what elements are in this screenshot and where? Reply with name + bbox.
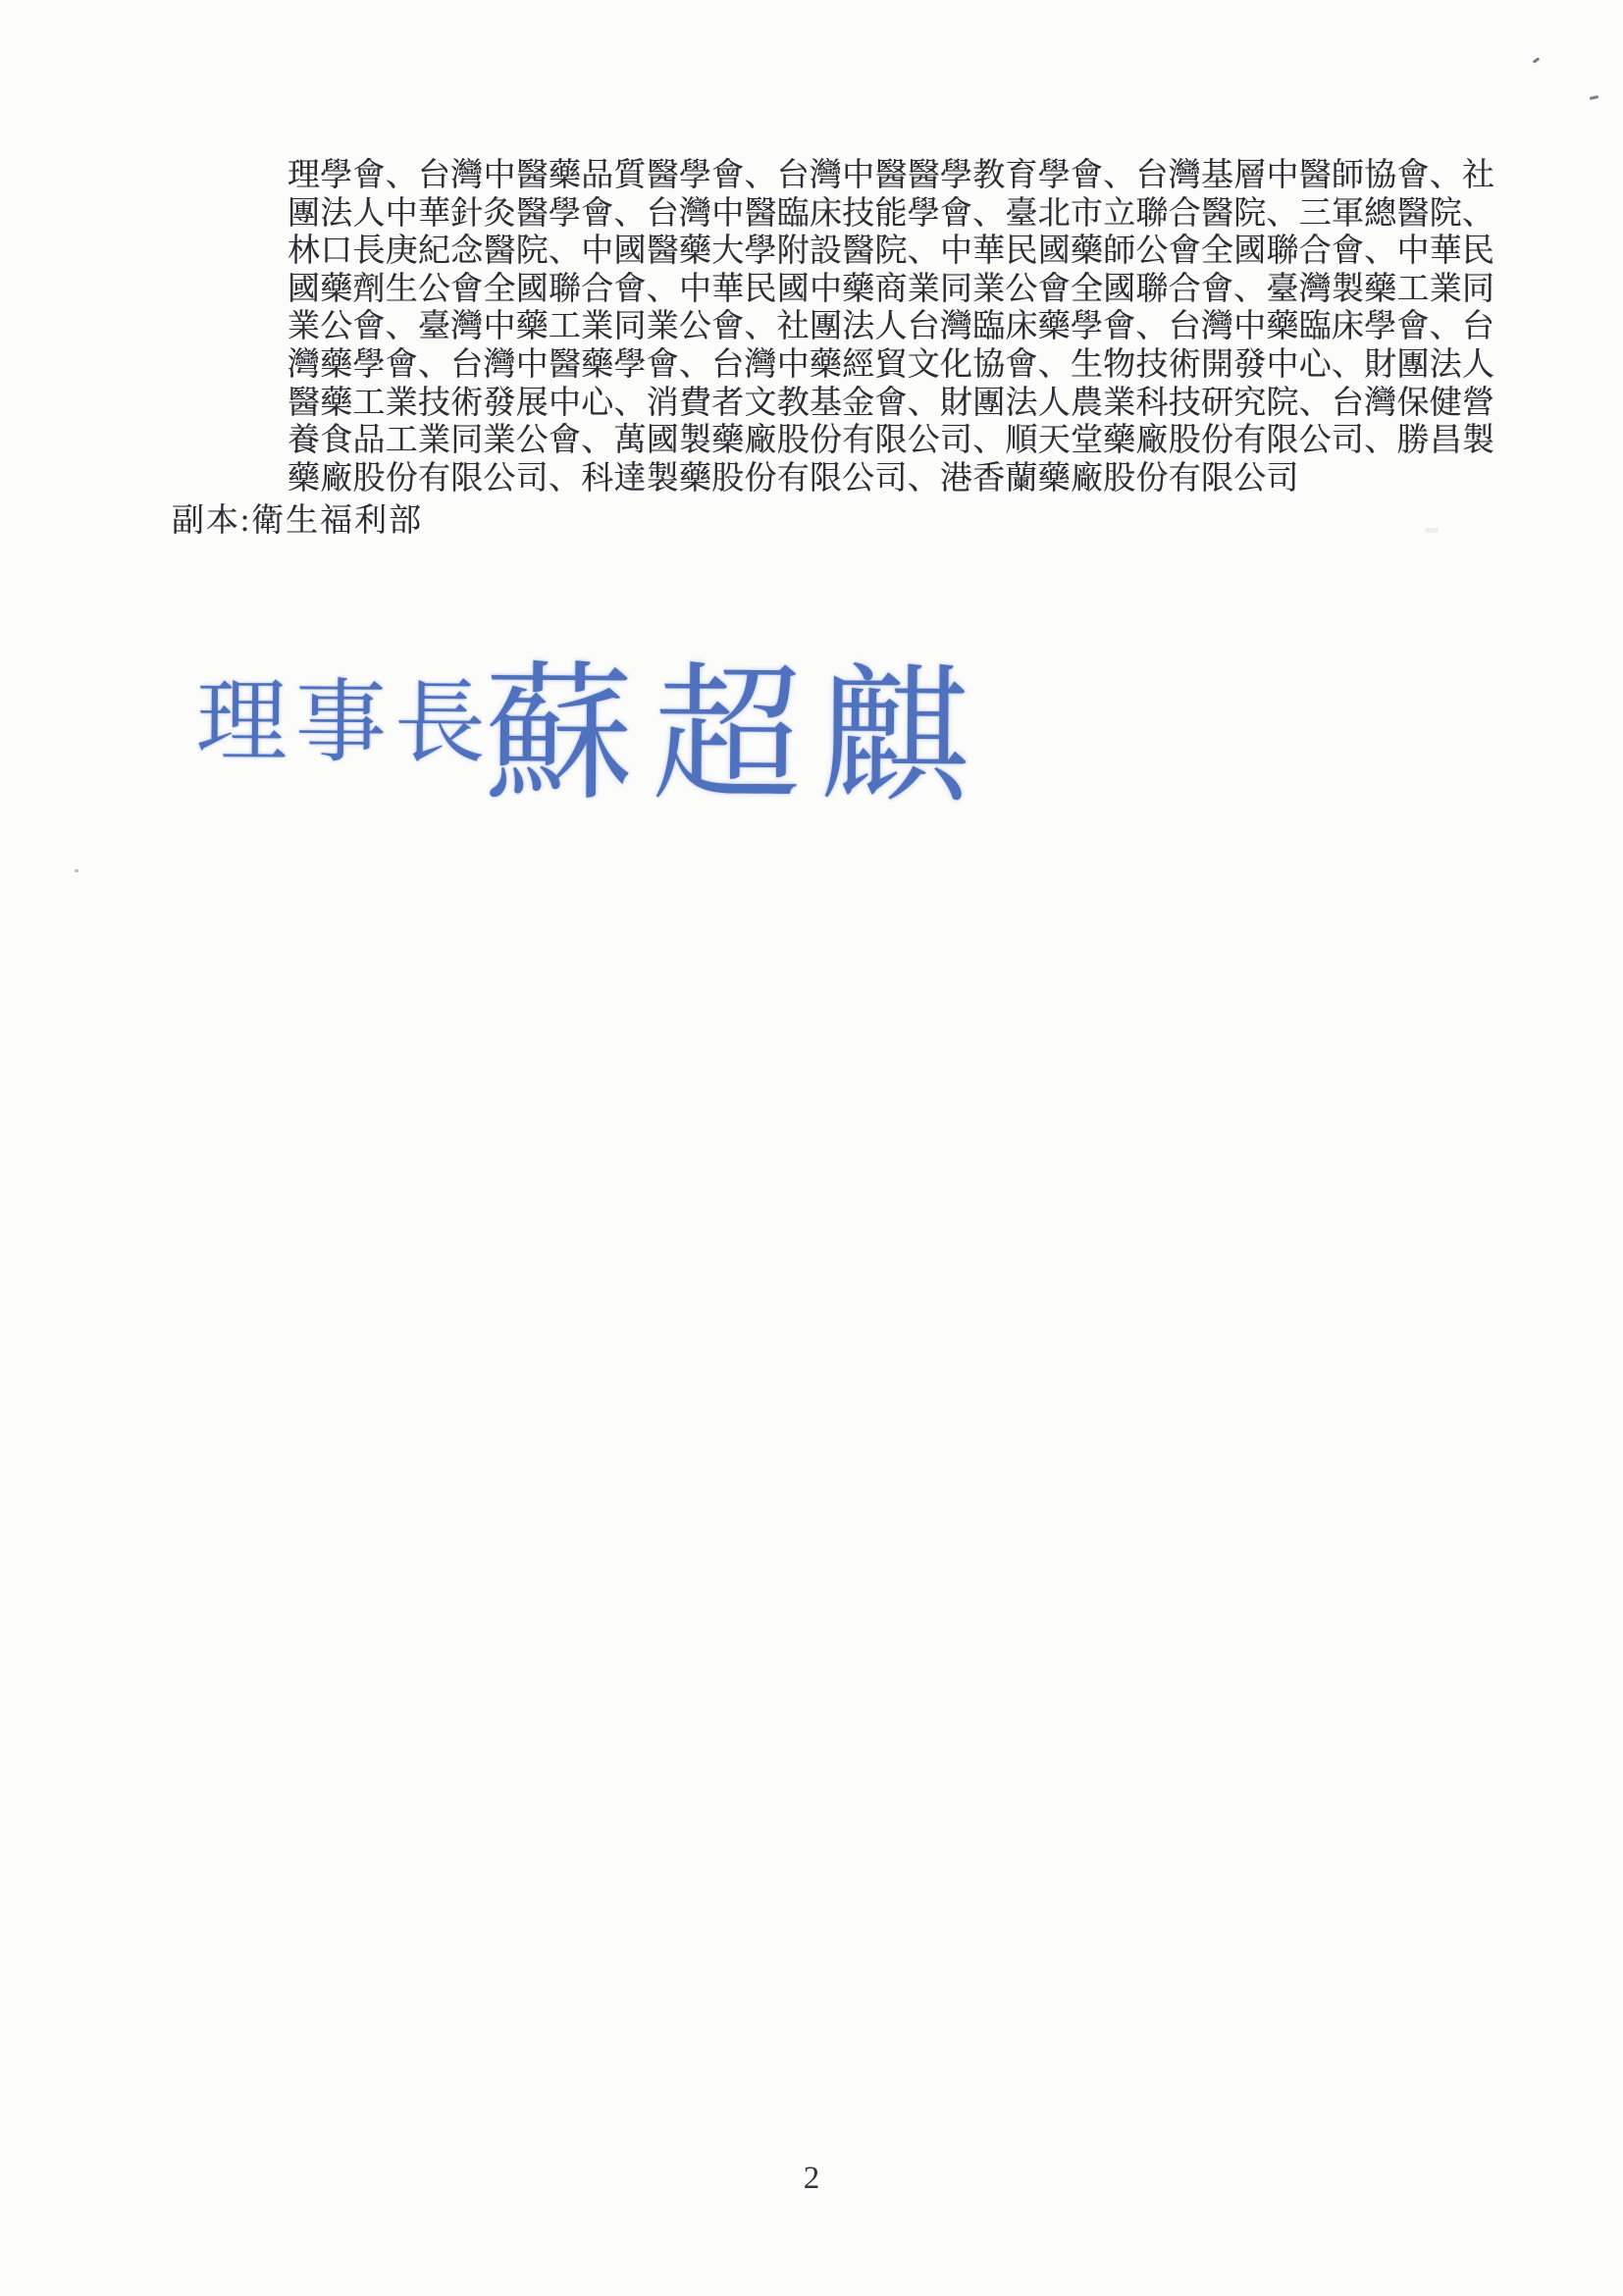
scan-speck bbox=[1425, 528, 1439, 533]
scan-speck bbox=[1590, 95, 1598, 100]
recipient-list-line: 醫藥工業技術發展中心、消費者文教基金會、財團法人農業科技研究院、台灣保健營 bbox=[288, 385, 1504, 423]
stamp-name: 蘇超麒 bbox=[484, 614, 989, 832]
recipient-list-line: 養食品工業同業公會、萬國製藥廠股份有限公司、順天堂藥廠股份有限公司、勝昌製 bbox=[288, 422, 1504, 460]
recipient-list-line: 林口長庚紀念醫院、中國醫藥大學附設醫院、中華民國藥師公會全國聯合會、中華民 bbox=[288, 233, 1504, 271]
scan-speck bbox=[1533, 57, 1540, 63]
stamp-title: 理事長 bbox=[195, 648, 494, 781]
scan-speck bbox=[75, 869, 79, 872]
recipient-list-line: 業公會、臺灣中藥工業同業公會、社團法人台灣臨床藥學會、台灣中藥臨床學會、台 bbox=[288, 308, 1504, 346]
recipient-list-line: 團法人中華針灸醫學會、台灣中醫臨床技能學會、臺北市立聯合醫院、三軍總醫院、 bbox=[288, 195, 1504, 234]
page-number: 2 bbox=[0, 2161, 1623, 2197]
copy-recipients-line: 副本:衛生福利部 bbox=[172, 502, 423, 541]
scanned-letter-page: 理學會、台灣中醫藥品質醫學會、台灣中醫醫學教育學會、台灣基層中醫師協會、社 團法… bbox=[0, 0, 1623, 2296]
recipient-list-line: 藥廠股份有限公司、科達製藥股份有限公司、港香蘭藥廠股份有限公司 bbox=[288, 460, 1504, 498]
recipient-list-line: 灣藥學會、台灣中醫藥學會、台灣中藥經貿文化協會、生物技術開發中心、財團法人 bbox=[288, 346, 1504, 385]
recipient-list: 理學會、台灣中醫藥品質醫學會、台灣中醫醫學教育學會、台灣基層中醫師協會、社 團法… bbox=[288, 157, 1504, 497]
recipient-list-line: 理學會、台灣中醫藥品質醫學會、台灣中醫醫學教育學會、台灣基層中醫師協會、社 bbox=[288, 157, 1504, 195]
recipient-list-line: 國藥劑生公會全國聯合會、中華民國中藥商業同業公會全國聯合會、臺灣製藥工業同 bbox=[288, 271, 1504, 309]
